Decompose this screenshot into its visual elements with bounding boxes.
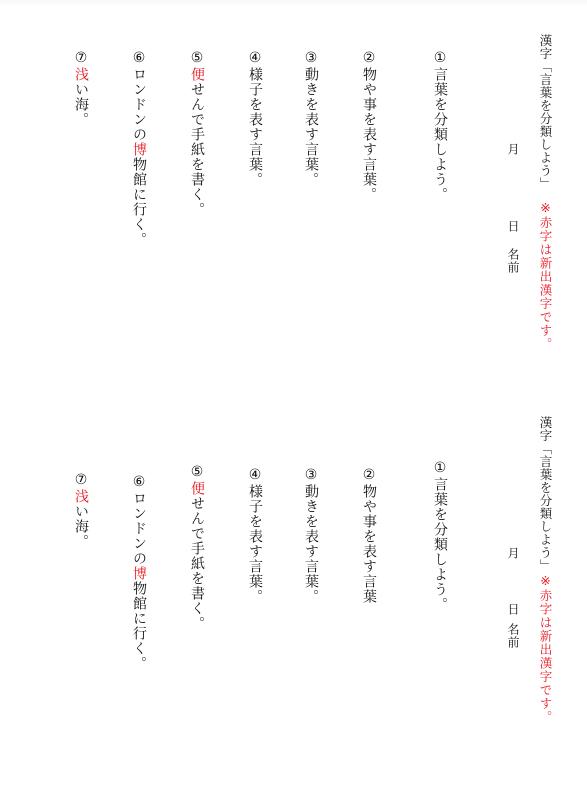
new-kanji-note: ※赤字は新出漢字です。 bbox=[537, 200, 553, 351]
name-label: 名前 bbox=[505, 248, 521, 274]
question-item-7: ⑦浅い海。 bbox=[73, 472, 89, 549]
worksheet-title: 漢字「言葉を分類しよう」 bbox=[537, 416, 553, 572]
question-item-6: ⑥ロンドンの博物館に行く。 bbox=[131, 474, 147, 671]
new-kanji: 浅 bbox=[73, 67, 89, 82]
question-item-6: ⑥ロンドンの博物館に行く。 bbox=[131, 50, 147, 247]
item-number: ④ bbox=[247, 467, 263, 484]
question-item-2: ②物や事を表す言葉。 bbox=[361, 50, 377, 202]
scan-shadow bbox=[0, 0, 587, 6]
item-number: ⑦ bbox=[73, 472, 89, 489]
new-kanji: 博 bbox=[131, 142, 147, 157]
new-kanji: 便 bbox=[189, 481, 205, 496]
item-number: ⑥ bbox=[131, 474, 147, 491]
item-number: ③ bbox=[303, 467, 319, 484]
question-item-3: ③動きを表す言葉。 bbox=[303, 50, 319, 187]
question-item-4: ④様子を表す言葉。 bbox=[247, 50, 263, 187]
date-day-label: 日 bbox=[505, 603, 521, 616]
item-number: ④ bbox=[247, 50, 263, 67]
question-item-7: ⑦浅い海。 bbox=[73, 50, 89, 127]
worksheet-page: 漢字「言葉を分類しよう」 ※赤字は新出漢字です。 月 日 名前 ①言葉を分類しよ… bbox=[0, 0, 587, 804]
question-item-1: ①言葉を分類しよう。 bbox=[432, 50, 448, 202]
item-number: ① bbox=[432, 50, 448, 67]
new-kanji: 博 bbox=[131, 566, 147, 581]
question-item-2: ②物や事を表す言葉 bbox=[361, 467, 377, 604]
new-kanji: 浅 bbox=[73, 489, 89, 504]
new-kanji-note: ※赤字は新出漢字です。 bbox=[537, 573, 553, 724]
new-kanji: 便 bbox=[189, 67, 205, 82]
item-number: ② bbox=[361, 467, 377, 484]
item-number: ⑥ bbox=[131, 50, 147, 67]
item-number: ③ bbox=[303, 50, 319, 67]
question-item-5: ⑤便せんで手紙を書く。 bbox=[189, 464, 205, 631]
question-item-1: ①言葉を分類しよう。 bbox=[432, 460, 448, 612]
question-item-5: ⑤便せんで手紙を書く。 bbox=[189, 50, 205, 217]
question-item-3: ③動きを表す言葉。 bbox=[303, 467, 319, 604]
item-number: ① bbox=[432, 460, 448, 477]
name-label: 名前 bbox=[505, 623, 521, 649]
date-day-label: 日 bbox=[505, 220, 521, 233]
item-number: ⑤ bbox=[189, 464, 205, 481]
item-number: ⑦ bbox=[73, 50, 89, 67]
date-month-label: 月 bbox=[505, 547, 521, 560]
date-month-label: 月 bbox=[505, 143, 521, 156]
question-item-4: ④様子を表す言葉。 bbox=[247, 467, 263, 604]
item-number: ② bbox=[361, 50, 377, 67]
item-number: ⑤ bbox=[189, 50, 205, 67]
worksheet-title: 漢字「言葉を分類しよう」 bbox=[537, 34, 553, 190]
